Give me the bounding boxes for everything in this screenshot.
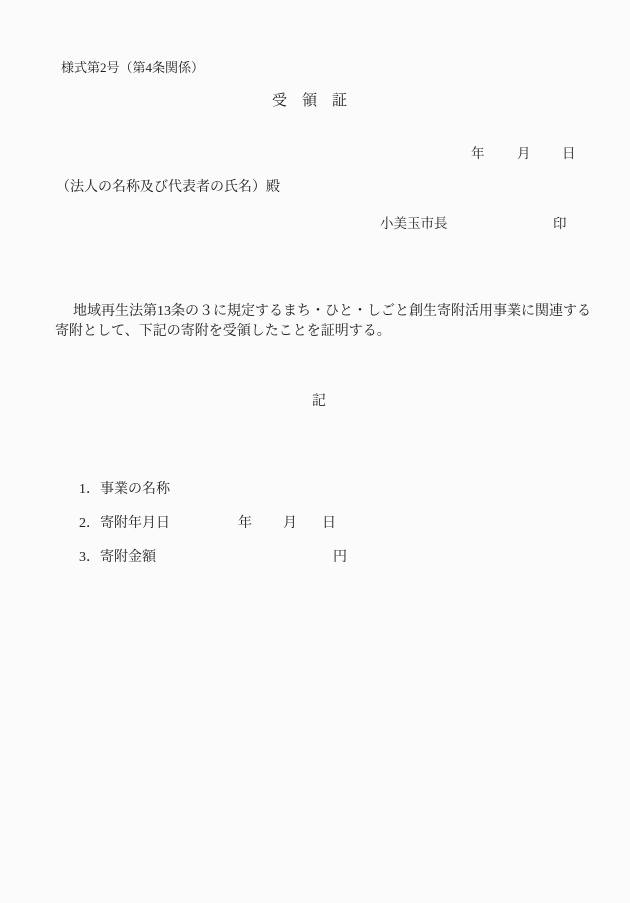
form-number: 様式第2号（第4条関係） (61, 61, 204, 76)
item-business-name-label: 1．事業の名称 (79, 482, 170, 498)
body-paragraph-line-2: 寄附として、下記の寄附を受領したことを証明する。 (55, 324, 391, 340)
issuer-seal-mark: 印 (553, 216, 567, 232)
donation-date-year-label: 年 (238, 516, 252, 532)
donation-amount-unit-label: 円 (333, 550, 347, 566)
issue-date-year-label: 年 (471, 146, 485, 162)
donation-date-month-label: 月 (283, 516, 297, 532)
issue-date-day-label: 日 (562, 146, 576, 162)
addressee-line: （法人の名称及び代表者の氏名）殿 (56, 180, 280, 196)
receipt-document-page: 様式第2号（第4条関係） 受 領 証 年 月 日 （法人の名称及び代表者の氏名）… (0, 0, 630, 903)
issue-date-month-label: 月 (517, 146, 531, 162)
donation-date-day-label: 日 (322, 516, 336, 532)
item-donation-date-label: 2．寄附年月日 (79, 516, 170, 532)
issuer-name: 小美玉市長 (380, 216, 448, 232)
document-title: 受 領 証 (272, 93, 347, 110)
record-marker: 記 (312, 394, 326, 410)
body-paragraph-line-1: 地域再生法第13条の３に規定するまち・ひと・しごと創生寄附活用事業に関連する (73, 304, 591, 320)
item-donation-amount-label: 3．寄附金額 (79, 550, 156, 566)
